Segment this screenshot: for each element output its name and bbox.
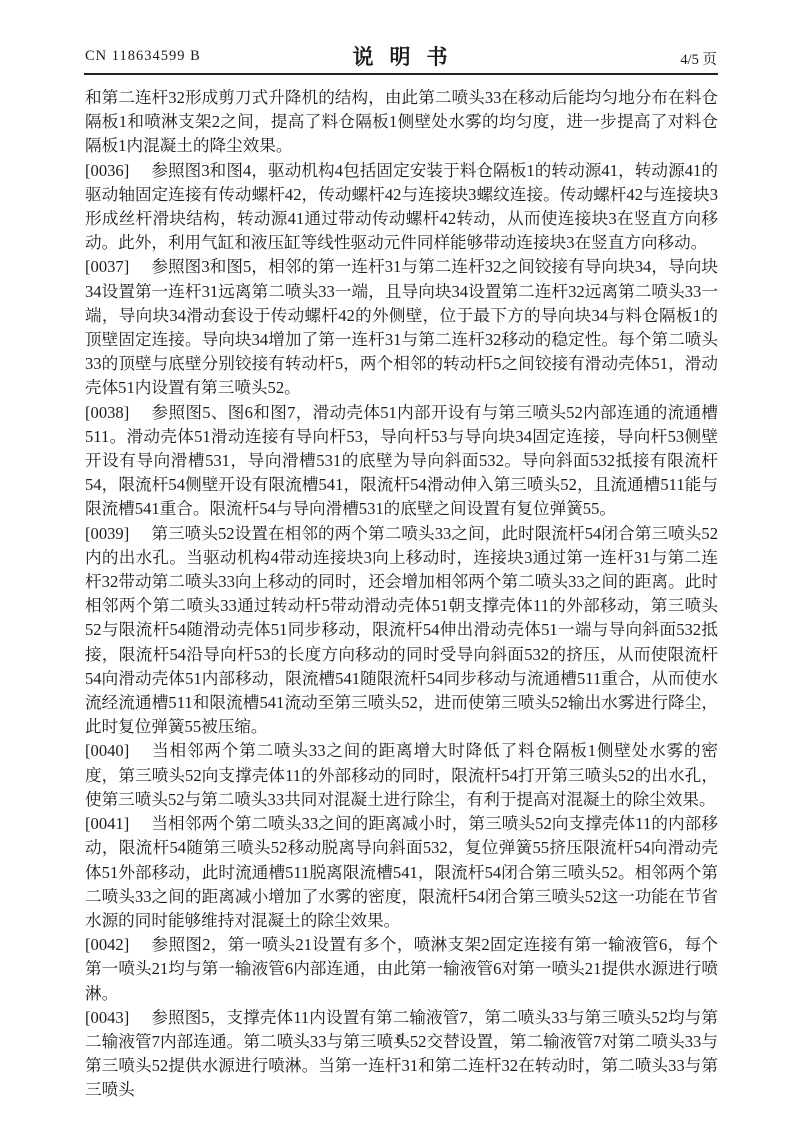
paragraph: [0039]第三喷头52设置在相邻的两个第二喷头33之间，此时限流杆54闭合第三…	[85, 522, 718, 740]
paragraph-text: 当相邻两个第二喷头33之间的距离增大时降低了料仓隔板1侧壁处水雾的密度，第三喷头…	[85, 741, 718, 808]
paragraph: [0038]参照图5、图6和图7，滑动壳体51内部开设有与第三喷头52内部连通的…	[85, 401, 718, 522]
paragraph-text: 第三喷头52设置在相邻的两个第二喷头33之间，此时限流杆54闭合第三喷头52内的…	[85, 524, 718, 737]
header-divider	[84, 73, 718, 75]
paragraph: [0037]参照图3和图5，相邻的第一连杆31与第二连杆32之间铰接有导向块34…	[85, 255, 718, 400]
paragraph-text: 当相邻两个第二喷头33之间的距离减小时，第三喷头52向支撑壳体11的内部移动，限…	[85, 814, 718, 930]
paragraph-number: [0039]	[85, 524, 129, 543]
footer-page-number: 6	[0, 1032, 800, 1049]
paragraph-number: [0036]	[85, 161, 129, 180]
paragraph-number: [0037]	[85, 257, 129, 276]
paragraph: [0041]当相邻两个第二喷头33之间的距离减小时，第三喷头52向支撑壳体11的…	[85, 812, 718, 933]
paragraph: [0036]参照图3和图4，驱动机构4包括固定安装于料仓隔板1的转动源41，转动…	[85, 159, 718, 256]
document-body: 和第二连杆32形成剪刀式升降机的结构，由此第二喷头33在移动后能均匀地分布在料仓…	[85, 86, 718, 1103]
paragraph-text: 参照图3和图4，驱动机构4包括固定安装于料仓隔板1的转动源41，转动源41的驱动…	[85, 161, 718, 253]
paragraph-number: [0042]	[85, 935, 129, 954]
paragraph-text: 参照图2，第一喷头21设置有多个，喷淋支架2固定连接有第一输液管6，每个第一喷头…	[85, 935, 718, 1002]
paragraph: 和第二连杆32形成剪刀式升降机的结构，由此第二喷头33在移动后能均匀地分布在料仓…	[85, 86, 718, 159]
paragraph-number: [0043]	[85, 1008, 129, 1027]
paragraph: [0043]参照图5，支撑壳体11内设置有第二输液管7，第二喷头33与第三喷头5…	[85, 1006, 718, 1103]
paragraph: [0040]当相邻两个第二喷头33之间的距离增大时降低了料仓隔板1侧壁处水雾的密…	[85, 739, 718, 812]
paragraph: [0042]参照图2，第一喷头21设置有多个，喷淋支架2固定连接有第一输液管6，…	[85, 933, 718, 1006]
patent-specification-page: CN 118634599 B 说明书 4/5 页 和第二连杆32形成剪刀式升降机…	[0, 0, 800, 1131]
paragraph-text: 参照图5、图6和图7，滑动壳体51内部开设有与第三喷头52内部连通的流通槽511…	[85, 403, 718, 519]
paragraph-text: 和第二连杆32形成剪刀式升降机的结构，由此第二喷头33在移动后能均匀地分布在料仓…	[85, 88, 718, 155]
paragraph-number: [0041]	[85, 814, 129, 833]
paragraph-text: 参照图5，支撑壳体11内设置有第二输液管7，第二喷头33与第三喷头52均与第二输…	[85, 1008, 718, 1100]
page-indicator: 4/5 页	[680, 48, 717, 69]
paragraph-number: [0038]	[85, 403, 129, 422]
paragraph-text: 参照图3和图5，相邻的第一连杆31与第二连杆32之间铰接有导向块34，导向块34…	[85, 257, 718, 397]
paragraph-number: [0040]	[85, 741, 129, 760]
